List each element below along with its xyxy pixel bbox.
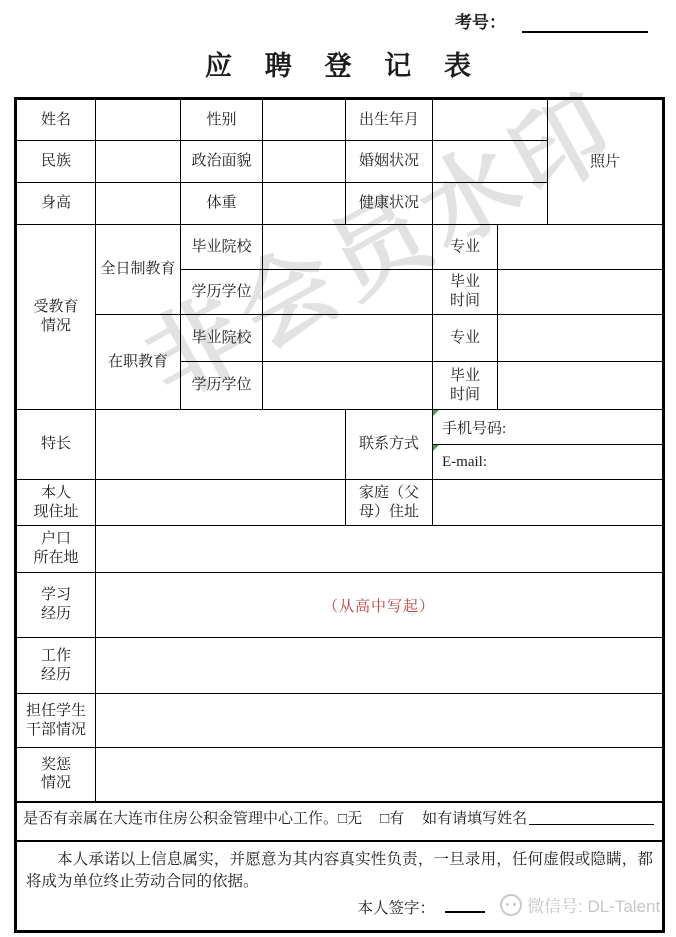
family-address-label: 家庭（父 母）住址 bbox=[346, 480, 433, 526]
fulltime-school-label: 毕业院校 bbox=[181, 225, 263, 270]
page-title: 应 聘 登 记 表 bbox=[0, 44, 676, 83]
work-experience-value-cell[interactable] bbox=[96, 638, 664, 694]
fulltime-school-value-cell[interactable] bbox=[263, 225, 433, 270]
signature-blank-line[interactable] bbox=[445, 901, 485, 913]
fulltime-education-label: 全日制教育 bbox=[96, 225, 181, 315]
onjob-degree-label: 学历学位 bbox=[181, 362, 263, 410]
fulltime-degree-value-cell[interactable] bbox=[263, 270, 433, 315]
contact-label: 联系方式 bbox=[346, 410, 433, 480]
name-value-cell[interactable] bbox=[96, 99, 181, 141]
current-address-label: 本人 现住址 bbox=[16, 480, 96, 526]
fulltime-gradtime-label: 毕业 时间 bbox=[433, 270, 498, 315]
birthdate-value-cell[interactable] bbox=[433, 99, 548, 141]
weight-value-cell[interactable] bbox=[263, 183, 346, 225]
relatives-fill-hint: 如有请填写姓名 bbox=[422, 807, 527, 828]
household-registration-value-cell[interactable] bbox=[96, 526, 664, 573]
wechat-logo-icon bbox=[500, 894, 522, 916]
application-form-page: 非会员水印 考号： 应 聘 登 记 表 姓名 性别 出生年月 照片 民族 政治面… bbox=[0, 0, 676, 937]
work-experience-label: 工作 经历 bbox=[16, 638, 96, 694]
checkbox-no[interactable]: □无 bbox=[338, 807, 362, 828]
declaration-text: 本人承诺以上信息属实，并愿意为其内容真实性负责，一旦录用，任何虚假或隐瞒，都将成… bbox=[26, 849, 653, 894]
marital-status-value-cell[interactable] bbox=[433, 141, 548, 183]
rewards-punishments-label: 奖惩 情况 bbox=[16, 748, 96, 802]
name-label: 姓名 bbox=[16, 99, 96, 141]
political-status-value-cell[interactable] bbox=[263, 141, 346, 183]
photo-cell[interactable]: 照片 bbox=[548, 99, 664, 225]
student-cadre-label: 担任学生 干部情况 bbox=[16, 694, 96, 748]
marital-status-label: 婚姻状况 bbox=[346, 141, 433, 183]
study-experience-note: （从高中写起） bbox=[323, 599, 435, 615]
onjob-major-value-cell[interactable] bbox=[498, 315, 664, 362]
exam-number-field: 考号： bbox=[455, 8, 648, 33]
wechat-watermark: 微信号: DL-Talent bbox=[500, 892, 660, 917]
email-cell[interactable]: E-mail: bbox=[433, 445, 664, 480]
gender-label: 性别 bbox=[181, 99, 263, 141]
comment-marker-icon bbox=[433, 445, 439, 451]
declaration-cell: 本人承诺以上信息属实，并愿意为其内容真实性负责，一旦录用，任何虚假或隐瞒，都将成… bbox=[16, 841, 664, 932]
study-experience-label: 学习 经历 bbox=[16, 573, 96, 638]
onjob-degree-value-cell[interactable] bbox=[263, 362, 433, 410]
family-address-value-cell[interactable] bbox=[433, 480, 664, 526]
fulltime-major-label: 专业 bbox=[433, 225, 498, 270]
fulltime-gradtime-value-cell[interactable] bbox=[498, 270, 664, 315]
onjob-education-label: 在职教育 bbox=[96, 315, 181, 410]
ethnicity-label: 民族 bbox=[16, 141, 96, 183]
relatives-name-blank-line[interactable] bbox=[529, 811, 654, 825]
rewards-punishments-value-cell[interactable] bbox=[96, 748, 664, 802]
fulltime-major-value-cell[interactable] bbox=[498, 225, 664, 270]
health-status-label: 健康状况 bbox=[346, 183, 433, 225]
mobile-number-label: 手机号码: bbox=[442, 421, 506, 437]
checkbox-yes[interactable]: □有 bbox=[380, 807, 404, 828]
weight-label: 体重 bbox=[181, 183, 263, 225]
political-status-label: 政治面貌 bbox=[181, 141, 263, 183]
comment-marker-icon bbox=[433, 410, 439, 416]
specialty-value-cell[interactable] bbox=[96, 410, 346, 480]
height-label: 身高 bbox=[16, 183, 96, 225]
relatives-question-cell: 是否有亲属在大连市住房公积金管理中心工作。 □无 □有 如有请填写姓名 bbox=[16, 802, 664, 841]
application-form-table: 姓名 性别 出生年月 照片 民族 政治面貌 婚姻状况 身高 体重 健康状况 bbox=[14, 97, 665, 933]
specialty-label: 特长 bbox=[16, 410, 96, 480]
gender-value-cell[interactable] bbox=[263, 99, 346, 141]
student-cadre-value-cell[interactable] bbox=[96, 694, 664, 748]
birthdate-label: 出生年月 bbox=[346, 99, 433, 141]
onjob-gradtime-label: 毕业 时间 bbox=[433, 362, 498, 410]
onjob-school-label: 毕业院校 bbox=[181, 315, 263, 362]
current-address-value-cell[interactable] bbox=[96, 480, 346, 526]
onjob-gradtime-value-cell[interactable] bbox=[498, 362, 664, 410]
signature-label: 本人签字： bbox=[357, 900, 435, 917]
study-experience-value-cell[interactable]: （从高中写起） bbox=[96, 573, 664, 638]
relatives-question-text: 是否有亲属在大连市住房公积金管理中心工作。 bbox=[23, 807, 338, 828]
onjob-school-value-cell[interactable] bbox=[263, 315, 433, 362]
exam-number-label: 考号： bbox=[455, 8, 506, 33]
education-section-label: 受教育 情况 bbox=[16, 225, 96, 410]
household-registration-label: 户口 所在地 bbox=[16, 526, 96, 573]
fulltime-degree-label: 学历学位 bbox=[181, 270, 263, 315]
email-label: E-mail: bbox=[442, 454, 487, 470]
health-status-value-cell[interactable] bbox=[433, 183, 548, 225]
wechat-id-text: 微信号: DL-Talent bbox=[527, 892, 660, 917]
onjob-major-label: 专业 bbox=[433, 315, 498, 362]
height-value-cell[interactable] bbox=[96, 183, 181, 225]
exam-number-blank-line[interactable] bbox=[522, 13, 648, 33]
mobile-number-cell[interactable]: 手机号码: bbox=[433, 410, 664, 445]
ethnicity-value-cell[interactable] bbox=[96, 141, 181, 183]
